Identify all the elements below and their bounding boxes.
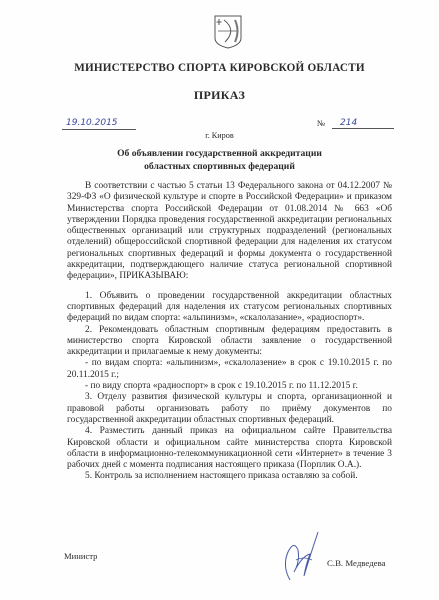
number-label: № [317, 118, 325, 128]
order-date: 19.10.2015 [62, 117, 136, 130]
handwritten-signature-icon [276, 526, 326, 586]
subject-line-1: Об объявлении государственной аккредитац… [0, 148, 439, 161]
item-5: 5. Контроль за исполнением настоящего пр… [67, 471, 392, 482]
signatory-role: Министр [64, 551, 97, 561]
coat-of-arms-icon [213, 14, 243, 50]
item-4: 4. Разместить данный приказ на официальн… [67, 426, 392, 471]
signatory-name: С.В. Медведева [327, 558, 386, 568]
order-body: В соответствии с частью 5 статьи 13 Феде… [67, 181, 392, 483]
order-number: 214 [332, 117, 394, 129]
item-2-sub-1: - по видам спорта: «альпинизм», «скалола… [67, 358, 392, 381]
item-2: 2. Рекомендовать областным спортивным фе… [67, 325, 392, 359]
order-subject: Об объявлении государственной аккредитац… [0, 148, 439, 173]
document-type: ПРИКАЗ [0, 88, 439, 103]
document-page: МИНИСТЕРСТВО СПОРТА КИРОВСКОЙ ОБЛАСТИ ПР… [0, 0, 439, 600]
item-1: 1. Объявить о проведении государственной… [67, 291, 392, 325]
ministry-name: МИНИСТЕРСТВО СПОРТА КИРОВСКОЙ ОБЛАСТИ [0, 62, 439, 74]
city: г. Киров [0, 131, 439, 140]
subject-line-2: областных спортивных федераций [0, 161, 439, 174]
preamble: В соответствии с частью 5 статьи 13 Феде… [67, 181, 392, 283]
item-2-sub-2: - по виду спорта «радиоспорт» в срок с 1… [67, 381, 392, 392]
item-3: 3. Отделу развития физической культуры и… [67, 392, 392, 426]
